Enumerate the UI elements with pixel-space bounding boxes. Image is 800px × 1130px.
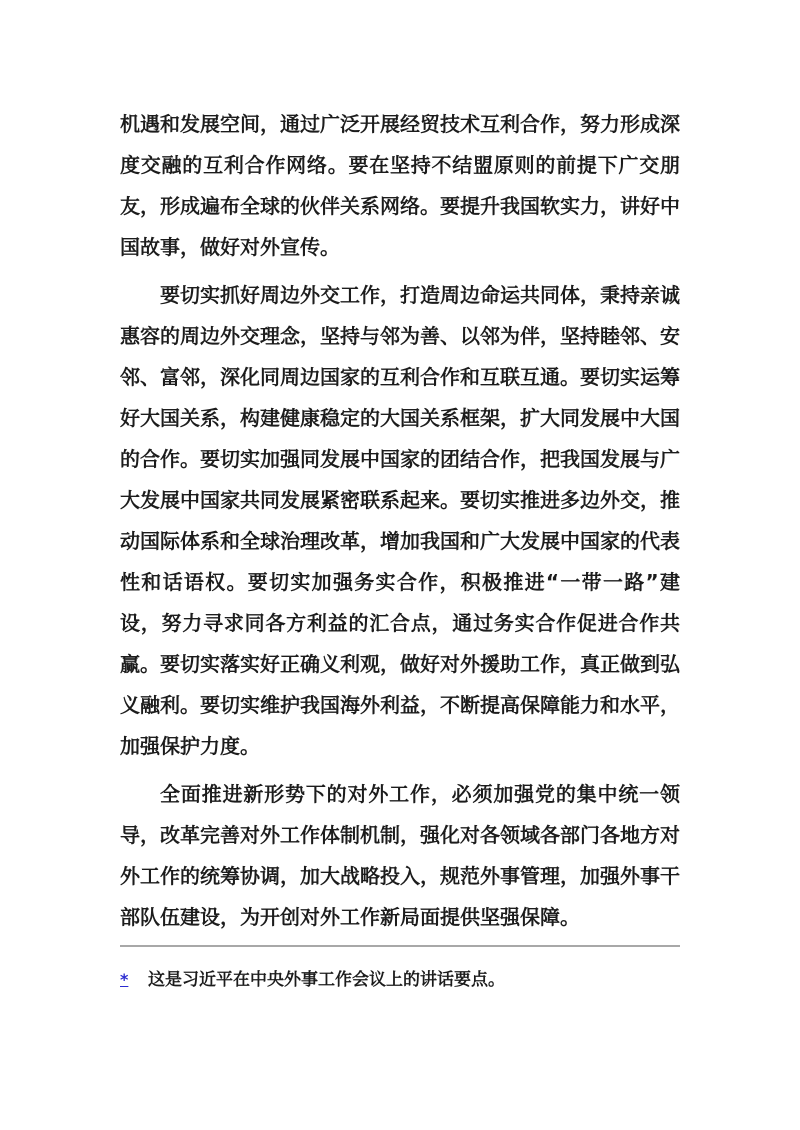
body-paragraph-2: 要切实抓好周边外交工作，打造周边命运共同体，秉持亲诚惠容的周边外交理念，坚持与邻… bbox=[120, 275, 680, 767]
body-paragraph-3: 全面推进新形势下的对外工作，必须加强党的集中统一领导，改革完善对外工作体制机制，… bbox=[120, 774, 680, 938]
body-paragraph-1: 机遇和发展空间，通过广泛开展经贸技术互利合作，努力形成深度交融的互利合作网络。要… bbox=[120, 104, 680, 268]
page-content: 机遇和发展空间，通过广泛开展经贸技术互利合作，努力形成深度交融的互利合作网络。要… bbox=[120, 104, 680, 993]
footnote-reference-marker[interactable]: * bbox=[120, 967, 132, 993]
document-page: 机遇和发展空间，通过广泛开展经贸技术互利合作，努力形成深度交融的互利合作网络。要… bbox=[0, 0, 800, 1130]
footnote-text: 这是习近平在中央外事工作会议上的讲话要点。 bbox=[148, 967, 680, 993]
footnote: * 这是习近平在中央外事工作会议上的讲话要点。 bbox=[120, 967, 680, 993]
footnote-separator bbox=[120, 945, 680, 947]
